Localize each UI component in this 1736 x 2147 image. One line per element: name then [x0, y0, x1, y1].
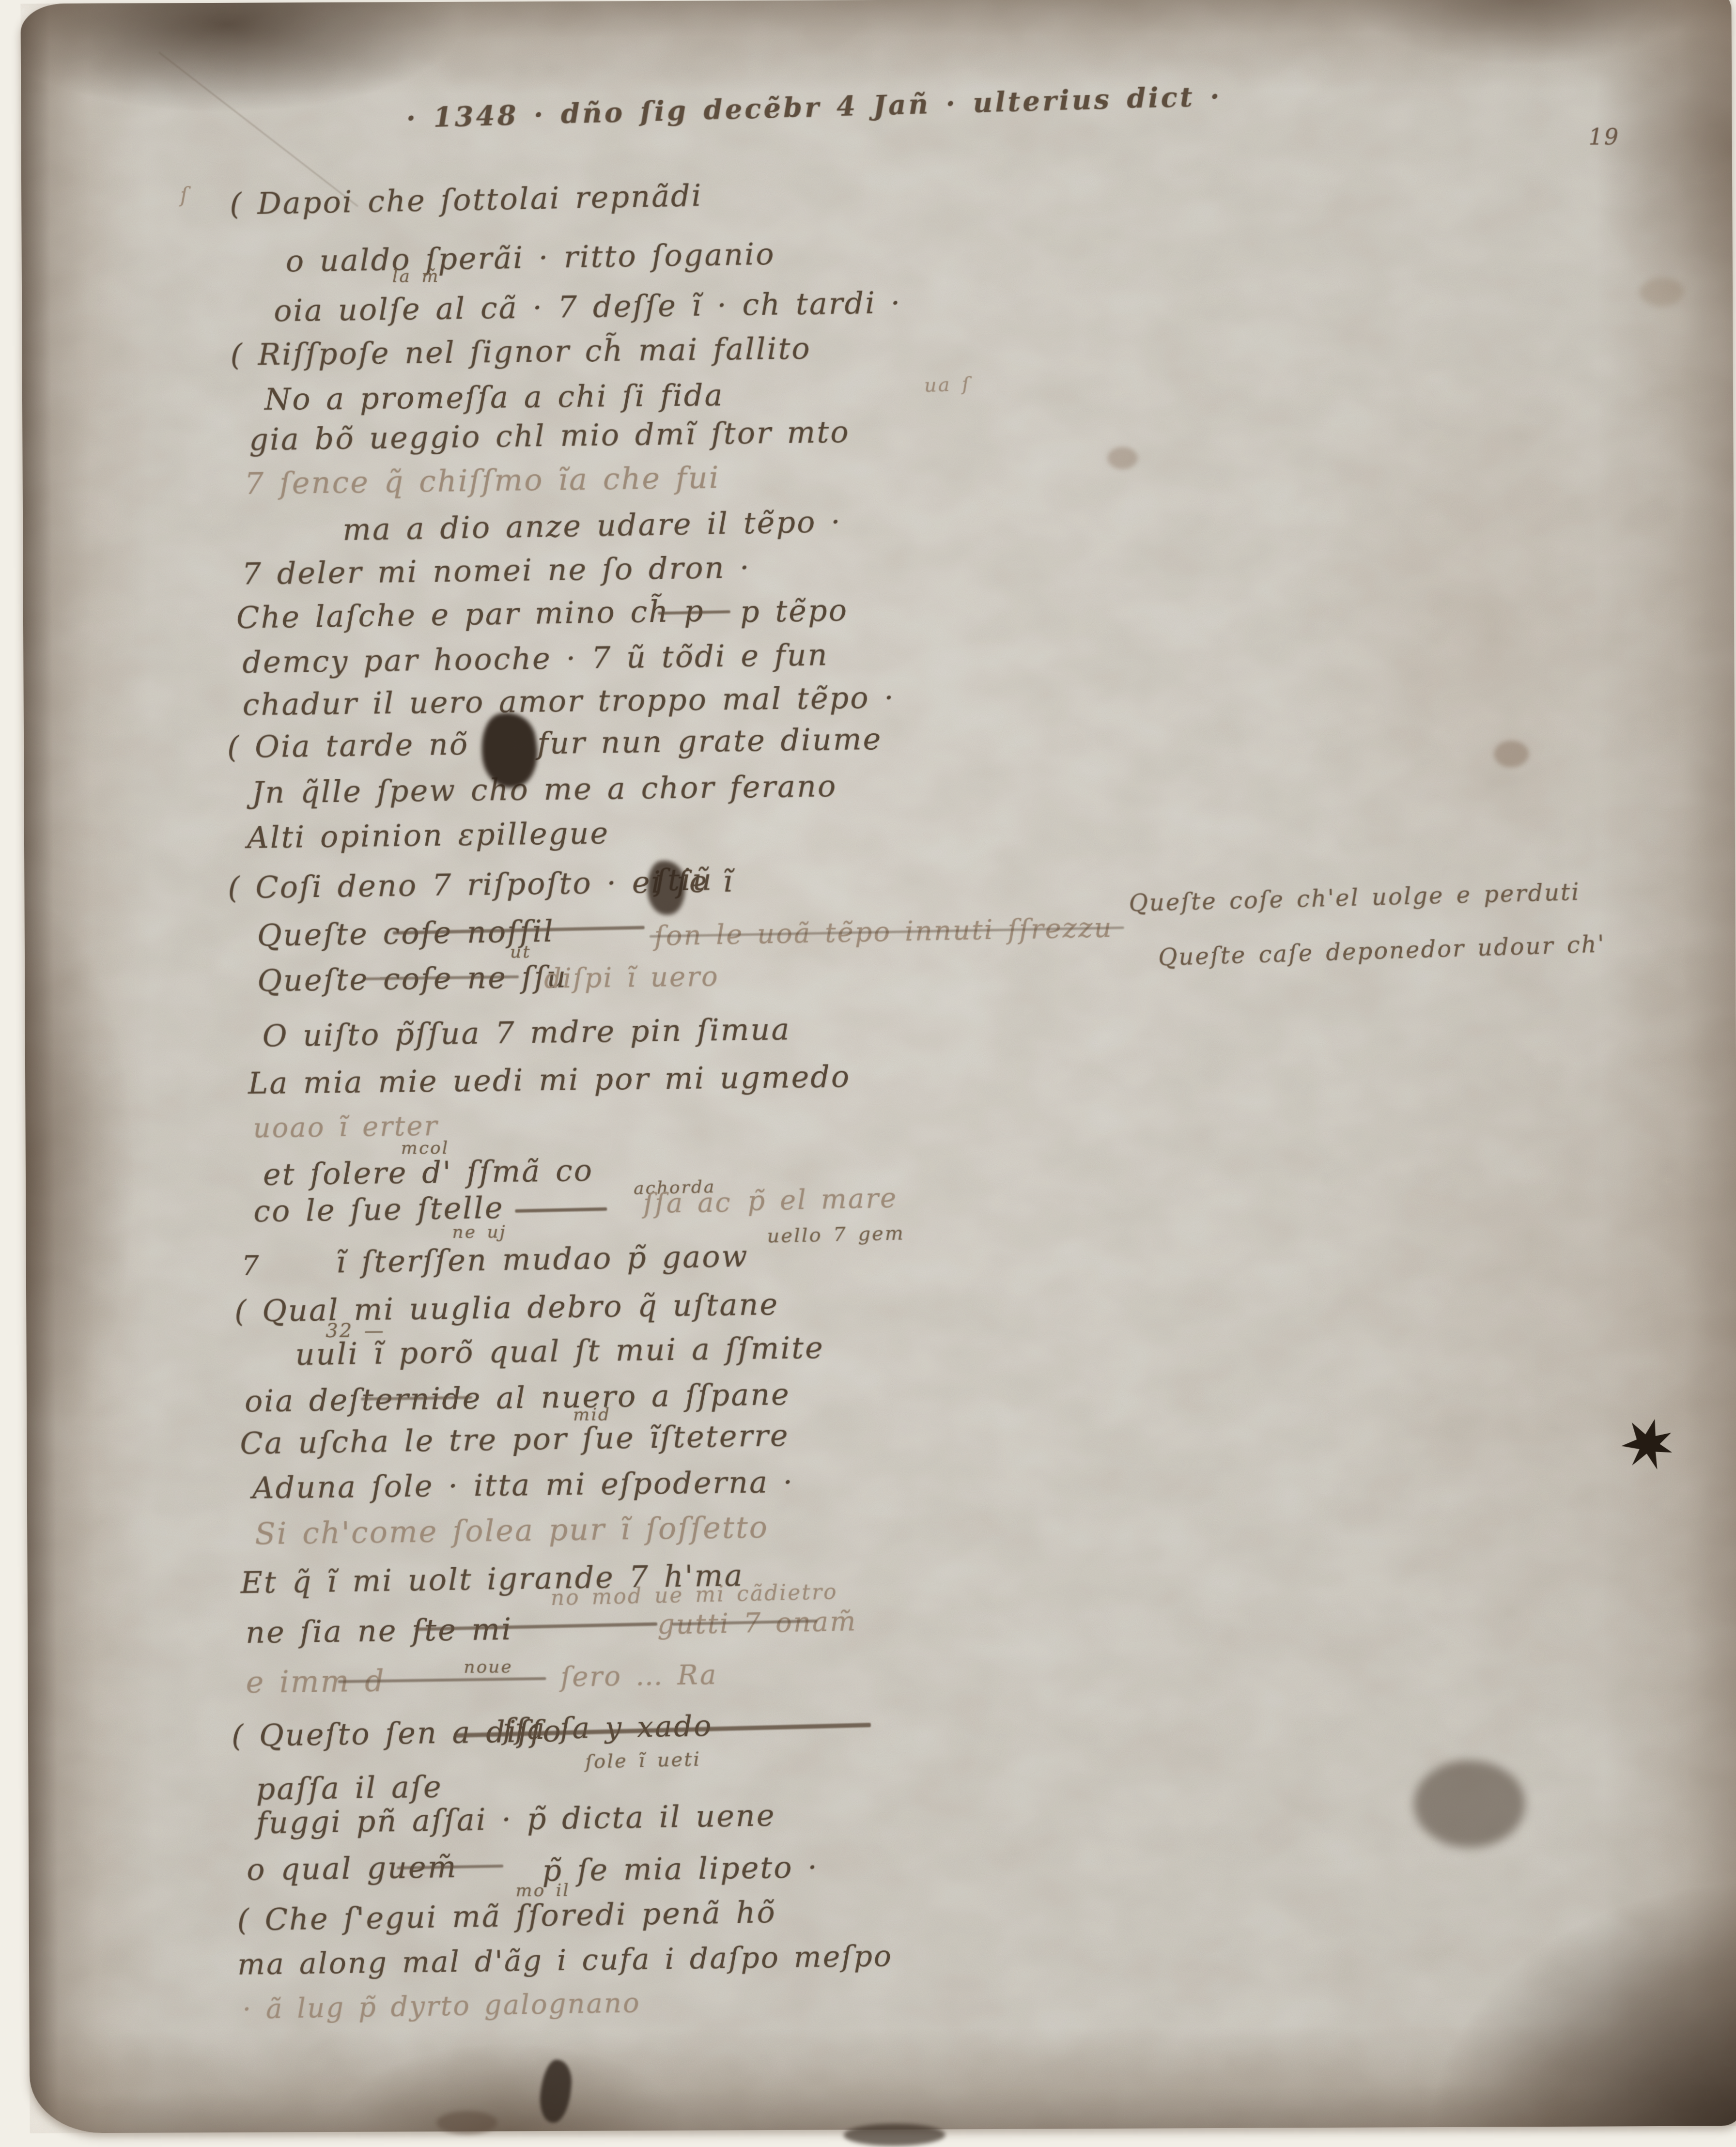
text-line: ut	[510, 942, 531, 962]
text-line: chadur il uero amor troppo mal tẽpo ·	[242, 680, 895, 722]
text-line: p̃ el mare	[747, 1182, 898, 1217]
ink-blot	[844, 2123, 945, 2146]
text-line: 7 ſence q̃ chiſſmo ĩa che fui	[244, 460, 720, 501]
ink-blot	[1413, 1760, 1525, 1848]
text-line: gia bõ ueggio chl mio dmĩ ſtor mto	[249, 414, 850, 457]
text-line: Queſte caſe deponedor udour ch'	[1158, 930, 1606, 971]
text-line: ma along mal d'ãg i cufa i daſpo meſpo	[237, 1939, 893, 1982]
text-line: diſpi ĩ uero	[544, 961, 719, 995]
ink-blot	[1107, 447, 1137, 469]
text-line: Queſte coſe ch'el uolge e perduti	[1129, 879, 1581, 917]
text-line: 7 deler mi nomei ne ſo dron ·	[242, 550, 751, 592]
text-line: ĩ ſterſſen mudao p̃ gaow	[336, 1238, 749, 1280]
strikethrough-strokes	[20, 0, 1731, 4]
ink-blot	[1640, 278, 1684, 307]
text-line: uello 7 gem	[767, 1222, 905, 1247]
ink-blot	[436, 2111, 497, 2134]
text-line: ſero … Ra	[560, 1659, 718, 1693]
text-line: la m̃	[392, 266, 440, 286]
text-line: oia uolſe al cã · 7 deſſe ĩ · ch tardi ·	[274, 285, 902, 328]
text-line: ua ſ	[924, 373, 971, 397]
text-line: oia deſternide al nuero a ſſpane	[245, 1376, 791, 1419]
text-line: Che laſche e par mino ch̃ p	[236, 593, 705, 635]
text-line: p tẽpo	[740, 592, 848, 629]
text-line: paſſa il aſe	[256, 1769, 443, 1807]
text-line: · ã lug p̃ dyrto galognano	[242, 1987, 641, 2025]
text-line: Aduna ſole · itta mi eſpoderna ·	[252, 1464, 794, 1506]
text-line: Ca uſcha le tre por ſue ĩſteterre	[240, 1418, 790, 1461]
strike-stroke	[515, 1207, 607, 1213]
text-line: ( Qual mi uuglia debro q̃ uſtane	[234, 1286, 779, 1329]
text-line: Si ch'come ſolea pur ĩ ſoſſetto	[255, 1509, 769, 1551]
text-line: ſole ĩ ueti	[585, 1748, 701, 1773]
text-line: fuggi pñ aſſai · p̃ dicta il uene	[256, 1797, 776, 1840]
header-date-line: · 1348 · dño ſig decẽbr 4 Jañ · ulterius…	[406, 80, 1223, 135]
text-line: ( Oia tarde nõ	[227, 726, 469, 765]
text-line: ſſa ac	[643, 1187, 732, 1220]
text-line: ( Dapoi che ſottolai repnãdi	[230, 178, 703, 222]
folio-number: 19	[1589, 124, 1620, 150]
ink-blot	[538, 2058, 574, 2124]
text-line: ne uj	[452, 1222, 506, 1242]
text-line: noue	[464, 1657, 513, 1677]
text-line: 7	[242, 1251, 261, 1282]
text-line: et ſolere d' ſſmã co	[263, 1153, 594, 1192]
text-line: Jn q̃lle ſpew cho me a chor ferano	[251, 768, 837, 810]
text-line: ma a dio anze udare il tẽpo ·	[342, 504, 842, 547]
handwritten-text-block: ſ( Dapoi che ſottolai repnãdio ualdo ſpe…	[20, 0, 1731, 4]
text-line: ( Che ſ'egui mã ſſoredi penã hõ	[237, 1894, 776, 1938]
text-line: La mia mie uedi mi por mi ugmedo	[248, 1059, 851, 1101]
text-line: ne ſia ne ſte mi	[246, 1611, 513, 1650]
text-line: uuli ĩ porõ qual ſt mui a ſſmite	[295, 1330, 824, 1372]
text-line: ( Riſſpoſe nel ſignor ch̃ mai fallito	[230, 330, 811, 372]
ink-blot	[1494, 741, 1529, 767]
text-line: fur nun grate diume	[537, 721, 883, 761]
ink-blots	[20, 0, 1731, 4]
text-line: No a promeſſa a chi ſi fida	[264, 377, 724, 417]
text-line: ſ	[180, 183, 189, 207]
text-line: O uiſto p̃ſſua 7 mdre pin ſimua	[262, 1011, 791, 1053]
star-ink-blot	[1617, 1412, 1679, 1474]
manuscript-photograph: · 1348 · dño ſig decẽbr 4 Jañ · ulterius…	[0, 0, 1736, 2147]
text-line: demcy par hooche · 7 ũ tõdi e fun	[242, 637, 829, 680]
text-line: Alti opinion ɛpillegue	[247, 815, 609, 855]
text-line: o ualdo ſperãi · ritto ſoganio	[285, 236, 775, 279]
text-line: p̃ ſe mia lipeto ·	[542, 1849, 819, 1888]
parchment-page: · 1348 · dño ſig decẽbr 4 Jañ · ulterius…	[20, 0, 1736, 2133]
